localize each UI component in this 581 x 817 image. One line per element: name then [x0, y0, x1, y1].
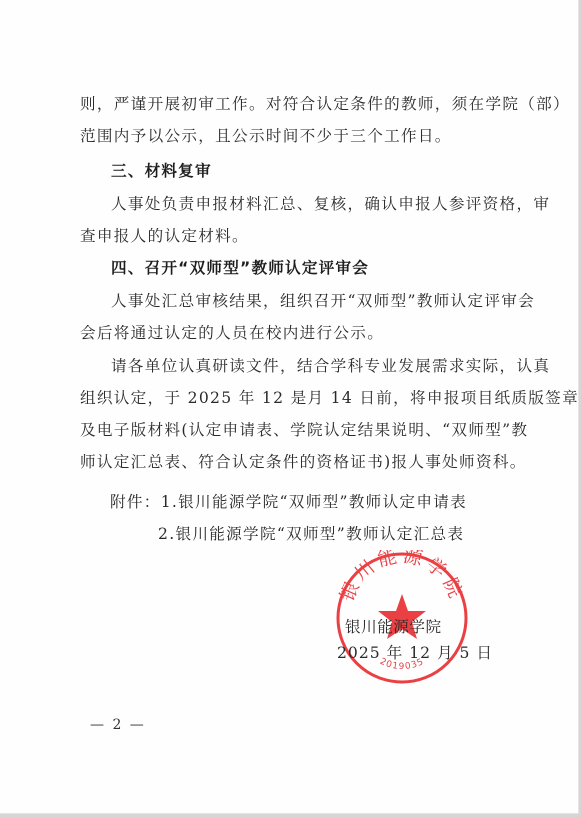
section4-line-2: 会后将通过认定的人员在校内进行公示。: [80, 323, 384, 343]
section3-line-1: 人事处负责申报材料汇总、复核，确认申报人参评资格，审: [111, 194, 550, 214]
closing-line-2: 组织认定，于 2025 年 12 是月 14 日前，将申报项目纸质版签章: [80, 388, 579, 408]
closing-line-3: 及电子版材料(认定申请表、学院认定结果说明、“双师型”教: [80, 420, 528, 440]
signature-organization: 银川能源学院: [345, 615, 442, 637]
body-line-1: 则，严谨开展初审工作。对符合认定条件的教师，须在学院（部）: [80, 94, 570, 114]
attachment-item-2: 2.银川能源学院“双师型”教师认定汇总表: [158, 524, 464, 544]
section3-line-2: 查申报人的认定材料。: [80, 226, 249, 246]
page-number: — 2 —: [90, 717, 146, 733]
body-line-2: 范围内予以公示，且公示时间不少于三个工作日。: [80, 126, 452, 146]
signature-date: 2025 年 12 月 5 日: [337, 641, 493, 663]
attachment-item-1: 1.银川能源学院“双师型”教师认定申请表: [161, 493, 467, 511]
attachments-label: 附件：: [110, 493, 161, 511]
section-heading-4: 四、召开“双师型”教师认定评审会: [111, 258, 369, 278]
closing-line-4: 师认定汇总表、符合认定条件的资格证书)报人事处师资科。: [80, 452, 527, 472]
section-heading-3: 三、材料复审: [111, 161, 212, 181]
closing-line-1: 请各单位认真研读文件，结合学科专业发展需求实际，认真: [111, 356, 550, 376]
section4-line-1: 人事处汇总审核结果，组织召开“双师型”教师认定评审会: [111, 291, 535, 311]
document-page: 则，严谨开展初审工作。对符合认定条件的教师，须在学院（部） 范围内予以公示，且公…: [0, 0, 579, 814]
attachment-row-1: 附件：1.银川能源学院“双师型”教师认定申请表: [110, 492, 467, 512]
